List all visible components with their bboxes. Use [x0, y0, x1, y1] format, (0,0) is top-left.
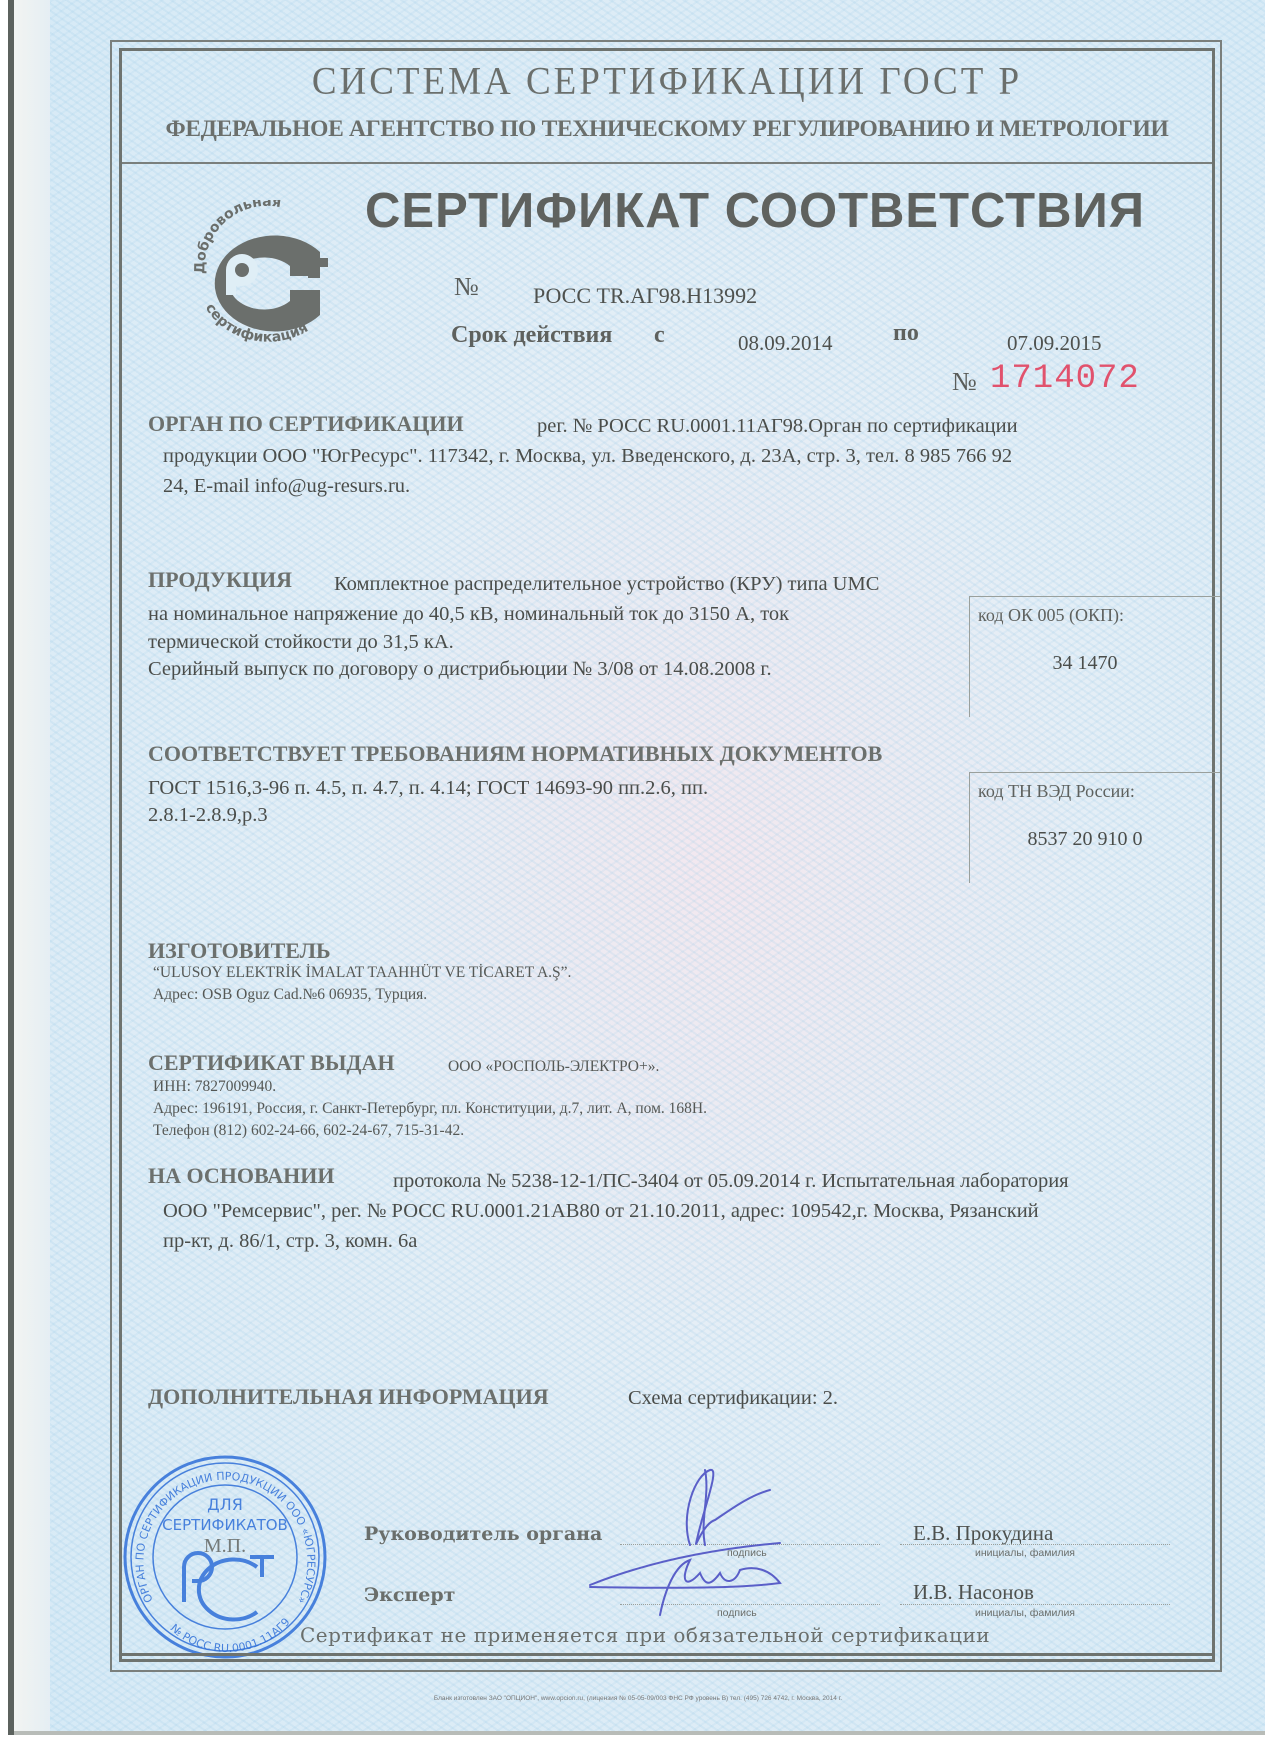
footer-divider: [122, 1653, 1212, 1656]
serial-label: №: [952, 367, 977, 397]
basis-line: протокола № 5238-12-1/ПС-3404 от 05.09.2…: [393, 1166, 1069, 1196]
tnved-code-box: код ТН ВЭД России: 8537 20 910 0: [969, 772, 1220, 883]
okp-code-label: код ОК 005 (ОКП):: [978, 605, 1124, 626]
validity-to-label: по: [893, 320, 919, 347]
additional-heading: ДОПОЛНИТЕЛЬНАЯ ИНФОРМАЦИЯ: [148, 1384, 549, 1410]
okp-code-box: код ОК 005 (ОКП): 34 1470: [969, 596, 1220, 717]
authority-heading: ОРГАН ПО СЕРТИФИКАЦИИ: [148, 411, 464, 437]
svg-text:СЕРТИФИКАТОВ: СЕРТИФИКАТОВ: [162, 1516, 288, 1534]
cert-number-label: №: [454, 272, 479, 302]
svg-text:ДЛЯ: ДЛЯ: [207, 1495, 243, 1514]
document-title: СЕРТИФИКАТ СООТВЕТСТВИЯ: [365, 183, 1145, 239]
issued-to-line: Адрес: 196191, Россия, г. Санкт-Петербур…: [153, 1099, 707, 1119]
expert-name-caption: инициалы, фамилия: [975, 1607, 1075, 1619]
footer-note: Сертификат не применяется при обязательн…: [300, 1623, 990, 1647]
tnved-code-value: 8537 20 910 0: [980, 828, 1190, 851]
manufacturer-address: Адрес: OSB Oguz Cad.№6 06935, Турция.: [153, 985, 427, 1005]
head-name-line: [900, 1544, 1170, 1545]
tnved-code-label: код ТН ВЭД России:: [978, 781, 1135, 802]
printer-imprint: Бланк изготовлен ЗАО "ОПЦИОН", www.opcio…: [0, 1695, 1276, 1702]
issued-to-line: Телефон (812) 602-24-66, 602-24-67, 715-…: [153, 1121, 464, 1141]
conformity-line: 2.8.1-2.8.9,р.3: [148, 800, 268, 830]
system-title: СИСТЕМА СЕРТИФИКАЦИИ ГОСТ Р: [122, 59, 1212, 104]
scan-edge: [8, 0, 14, 1735]
header-divider: [122, 162, 1212, 164]
authority-line: продукции ООО "ЮгРесурс". 117342, г. Мос…: [163, 441, 1012, 471]
manufacturer-name: “ULUSOY ELEKTRİK İMALAT TAAHHÜT VE TİCAR…: [153, 963, 571, 983]
cert-number: РОСС TR.АГ98.Н13992: [533, 283, 757, 309]
product-heading: ПРОДУКЦИЯ: [148, 567, 292, 593]
svg-text:М.П.: М.П.: [204, 1535, 246, 1557]
basis-line: ООО "Ремсервис", рег. № РОСС RU.0001.21А…: [163, 1196, 1039, 1226]
rst-logo-icon: Добровольная сертификация: [190, 200, 345, 345]
expert-label: Эксперт: [364, 1584, 455, 1606]
okp-code-value: 34 1470: [980, 652, 1190, 675]
validity-label: Срок действия: [451, 322, 612, 349]
validity-from-label: с: [654, 322, 665, 349]
basis-line: пр-кт, д. 86/1, стр. 3, комн. 6а: [163, 1226, 417, 1256]
issued-to-name: ООО «РОСПОЛЬ-ЭЛЕКТРО+».: [448, 1057, 659, 1077]
authority-line: 24, E-mail info@ug-resurs.ru.: [163, 471, 410, 501]
product-line: термической стойкости до 31,5 кА.: [148, 627, 454, 657]
expert-name: И.В. Насонов: [913, 1580, 1034, 1605]
expert-name-line: [900, 1604, 1170, 1605]
additional-text: Схема сертификации: 2.: [628, 1383, 838, 1413]
basis-heading: НА ОСНОВАНИИ: [148, 1163, 335, 1189]
head-name-caption: инициалы, фамилия: [975, 1547, 1075, 1559]
manufacturer-heading: ИЗГОТОВИТЕЛЬ: [148, 938, 331, 964]
validity-from-date: 08.09.2014: [738, 331, 833, 356]
conformity-heading: СООТВЕТСТВУЕТ ТРЕБОВАНИЯМ НОРМАТИВНЫХ ДО…: [148, 741, 882, 767]
certification-stamp-icon: ОРГАН ПО СЕРТИФИКАЦИИ ПРОДУКЦИИ ООО «ЮГР…: [122, 1452, 327, 1662]
head-label: Руководитель органа: [364, 1523, 602, 1545]
authority-line: рег. № РОСС RU.0001.11АГ98.Орган по серт…: [537, 411, 1018, 441]
handwritten-signatures-icon: [580, 1465, 820, 1625]
issued-to-line: ИНН: 7827009940.: [153, 1077, 276, 1097]
scan-bottom-edge: [14, 1731, 1265, 1735]
head-name: Е.В. Прокудина: [913, 1521, 1053, 1546]
issued-to-heading: СЕРТИФИКАТ ВЫДАН: [148, 1050, 395, 1076]
product-line: на номинальное напряжение до 40,5 кВ, но…: [148, 599, 789, 629]
product-line: Серийный выпуск по договору о дистрибьюц…: [148, 654, 772, 684]
validity-to-date: 07.09.2015: [1007, 331, 1102, 356]
conformity-line: ГОСТ 1516,3-96 п. 4.5, п. 4.7, п. 4.14; …: [148, 773, 708, 803]
product-line: Комплектное распределительное устройство…: [334, 569, 879, 599]
serial-number: 1714072: [990, 360, 1140, 398]
agency-title: ФЕДЕРАЛЬНОЕ АГЕНТСТВО ПО ТЕХНИЧЕСКОМУ РЕ…: [122, 116, 1212, 143]
